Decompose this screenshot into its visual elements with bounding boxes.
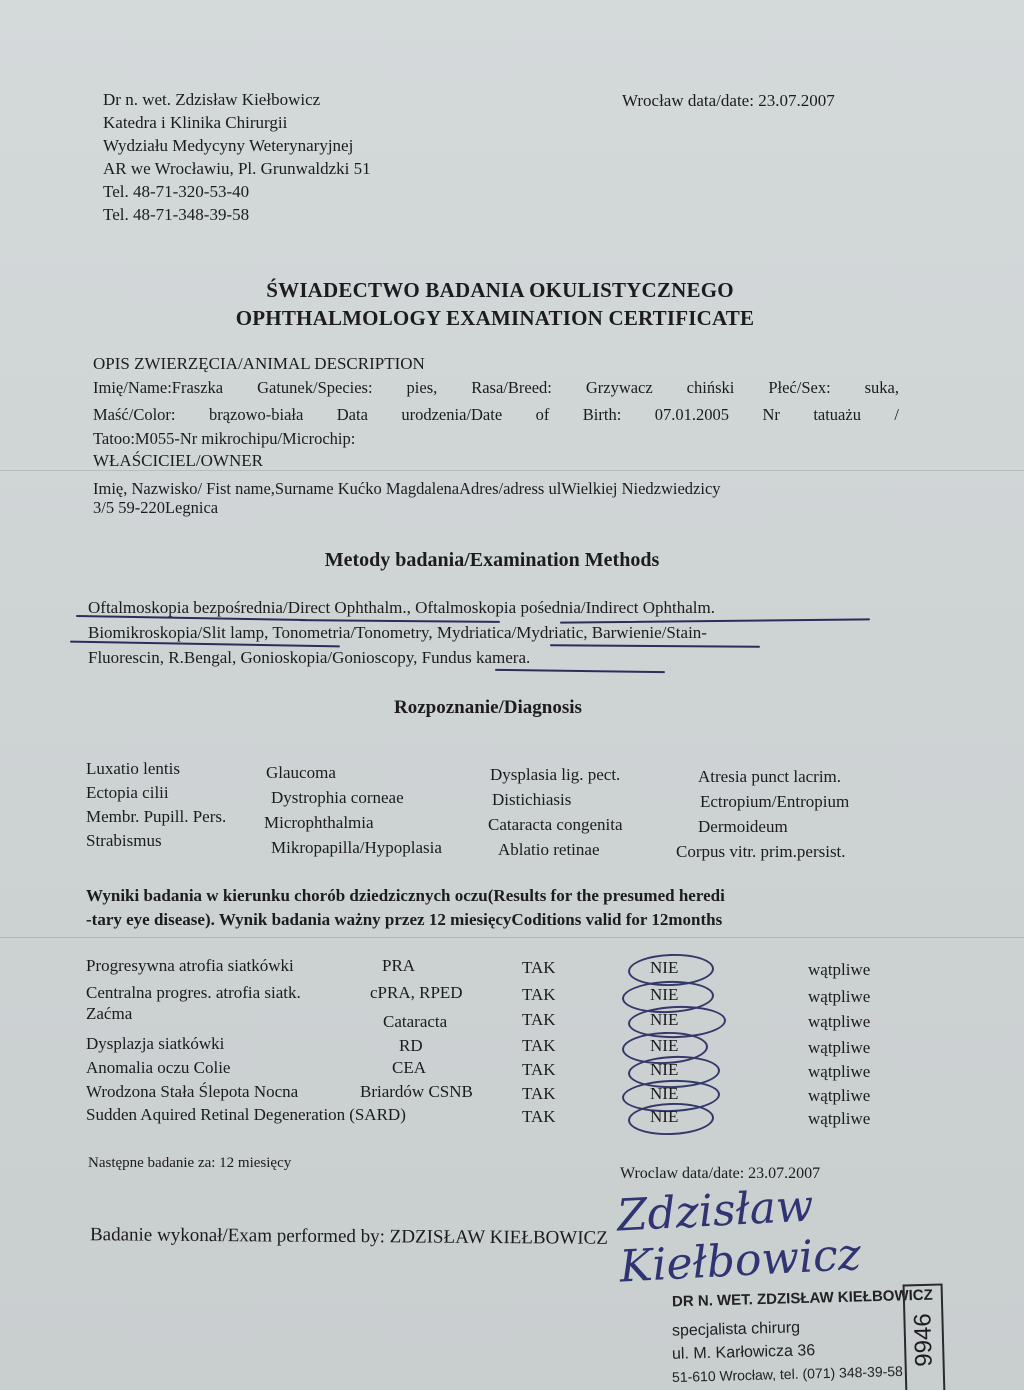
diagnosis-item: Cataracta congenita — [488, 812, 623, 837]
result-doubtful-option: wątpliwe — [808, 1109, 870, 1129]
owner-line-2: 3/5 59-220Legnica — [93, 498, 218, 518]
diagnosis-item: Glaucoma — [264, 760, 442, 785]
diagnosis-item: Ectopia cilii — [86, 781, 226, 805]
animal-line-2: Maść/Color: brązowo-biała Data urodzenia… — [93, 405, 899, 425]
result-doubtful-option: wątpliwe — [808, 1086, 870, 1106]
diagnosis-col-1: Luxatio lentis Ectopia cilii Membr. Pupi… — [86, 757, 226, 853]
result-code: Briardów CSNB — [360, 1082, 473, 1102]
result-yes-option: TAK — [522, 985, 556, 1005]
title-english: OPHTHALMOLOGY EXAMINATION CERTIFICATE — [0, 306, 990, 331]
result-disease: Anomalia oczu Colie — [86, 1058, 230, 1078]
methods-heading: Metody badania/Examination Methods — [0, 549, 984, 572]
diagnosis-item: Corpus vitr. prim.persist. — [676, 839, 849, 864]
animal-line-1: Imię/Name:Fraszka Gatunek/Species: pies,… — [93, 378, 899, 398]
diagnosis-item: Membr. Pupill. Pers. — [86, 805, 226, 829]
result-yes-option: TAK — [522, 1060, 556, 1080]
animal-heading: OPIS ZWIERZĘCIA/ANIMAL DESCRIPTION — [93, 354, 425, 374]
result-code: RD — [399, 1036, 423, 1056]
signature: Zdzisław Kiełbowicz — [616, 1169, 1024, 1292]
diagnosis-item: Mikropapilla/Hypoplasia — [264, 835, 442, 860]
diagnosis-item: Atresia punct lacrim. — [698, 764, 849, 789]
diagnosis-item: Ectropium/Entropium — [698, 789, 849, 814]
diagnosis-item: Ablatio retinae — [498, 837, 623, 862]
paper-fold — [0, 937, 1024, 938]
result-yes-option: TAK — [522, 1107, 556, 1127]
letterhead: Dr n. wet. Zdzisław Kiełbowicz Katedra i… — [103, 88, 371, 226]
results-heading-line-2: -tary eye disease). Wynik badania ważny … — [86, 910, 722, 930]
header-date: Wrocław data/date: 23.07.2007 — [622, 89, 835, 112]
diagnosis-heading: Rozpoznanie/Diagnosis — [0, 697, 976, 719]
result-doubtful-option: wątpliwe — [808, 1062, 870, 1082]
owner-heading: WŁAŚCICIEL/OWNER — [93, 451, 263, 471]
footer-date: Wroclaw data/date: 23.07.2007 — [620, 1165, 820, 1183]
result-disease: Sudden Aquired Retinal Degeneration(SARD… — [86, 1105, 406, 1125]
diagnosis-item: Luxatio lentis — [86, 757, 226, 781]
result-yes-option: TAK — [522, 1036, 556, 1056]
next-exam: Następne badanie za: 12 miesięcy — [88, 1155, 291, 1172]
stamp-line-1: DR N. WET. ZDZISŁAW KIEŁBOWICZ — [672, 1287, 933, 1311]
letterhead-line: Wydziału Medycyny Weterynaryjnej — [103, 134, 371, 157]
pen-underline — [550, 644, 760, 647]
methods-line-1: Oftalmoskopia bezpośrednia/Direct Ophtha… — [88, 598, 715, 618]
result-yes-option: TAK — [522, 1010, 556, 1030]
diagnosis-item: Microphthalmia — [264, 810, 442, 835]
letterhead-line: Tel. 48-71-320-53-40 — [103, 180, 371, 203]
result-disease-name: Sudden Aquired Retinal Degeneration — [86, 1105, 345, 1124]
diagnosis-item: Dysplasia lig. pect. — [490, 762, 623, 787]
diagnosis-col-3: Dysplasia lig. pect. Distichiasis Catara… — [490, 762, 623, 862]
letterhead-line: Katedra i Klinika Chirurgii — [103, 111, 371, 134]
diagnosis-item: Strabismus — [86, 829, 226, 853]
diagnosis-item: Dermoideum — [698, 814, 849, 839]
diagnosis-col-2: Glaucoma Dystrophia corneae Microphthalm… — [264, 760, 442, 860]
result-code: cPRA, RPED — [370, 983, 463, 1003]
result-yes-option: TAK — [522, 1084, 556, 1104]
result-yes-option: TAK — [522, 958, 556, 978]
result-doubtful-option: wątpliwe — [808, 1012, 870, 1032]
title-polish: ŚWIADECTWO BADANIA OKULISTYCZNEGO — [0, 278, 1000, 303]
result-doubtful-option: wątpliwe — [808, 987, 870, 1007]
result-disease: Wrodzona Stała Ślepota Nocna — [86, 1082, 298, 1102]
performed-by: Badanie wykonał/Exam performed by: ZDZIS… — [90, 1224, 608, 1250]
stamp-line-2: specjalista chirurg — [672, 1319, 800, 1340]
result-code: PRA — [382, 956, 415, 976]
results-heading-line-1: Wyniki badania w kierunku chorób dziedzi… — [86, 886, 725, 906]
result-code: Cataracta — [383, 1012, 447, 1032]
stamp-line-4: 51-610 Wrocław, tel. (071) 348-39-58 — [672, 1363, 903, 1385]
stamp-number-box: 9946 — [903, 1283, 946, 1390]
letterhead-line: AR we Wrocławiu, Pl. Grunwaldzki 51 — [103, 157, 371, 180]
methods-line-3: Fluorescin, R.Bengal, Gonioskopia/Gonios… — [88, 648, 530, 668]
methods-line-2: Biomikroskopia/Slit lamp, Tonometria/Ton… — [88, 623, 707, 643]
result-doubtful-option: wątpliwe — [808, 960, 870, 980]
diagnosis-item: Dystrophia corneae — [264, 785, 442, 810]
pen-underline — [495, 669, 665, 673]
stamp-line-3: ul. M. Karłowicza 36 — [672, 1342, 816, 1364]
result-disease: Centralna progres. atrofia siatk. — [86, 983, 301, 1003]
animal-line-3: Tatoo:M055-Nr mikrochipu/Microchip: — [93, 429, 355, 449]
result-doubtful-option: wątpliwe — [808, 1038, 870, 1058]
diagnosis-col-4: Atresia punct lacrim. Ectropium/Entropiu… — [698, 764, 849, 864]
result-disease: Progresywna atrofia siatkówki — [86, 956, 294, 976]
diagnosis-item: Distichiasis — [490, 787, 623, 812]
result-code: (SARD) — [349, 1105, 406, 1124]
owner-line-1: Imię, Nazwisko/ Fist name,Surname Kućko … — [93, 479, 721, 499]
result-disease: Zaćma — [86, 1004, 132, 1024]
letterhead-line: Tel. 48-71-348-39-58 — [103, 203, 371, 226]
pen-underline — [560, 618, 870, 623]
stamp-number: 9946 — [909, 1313, 938, 1367]
result-disease: Dysplazja siatkówki — [86, 1034, 224, 1054]
result-code: CEA — [392, 1058, 426, 1078]
letterhead-line: Dr n. wet. Zdzisław Kiełbowicz — [103, 88, 371, 111]
